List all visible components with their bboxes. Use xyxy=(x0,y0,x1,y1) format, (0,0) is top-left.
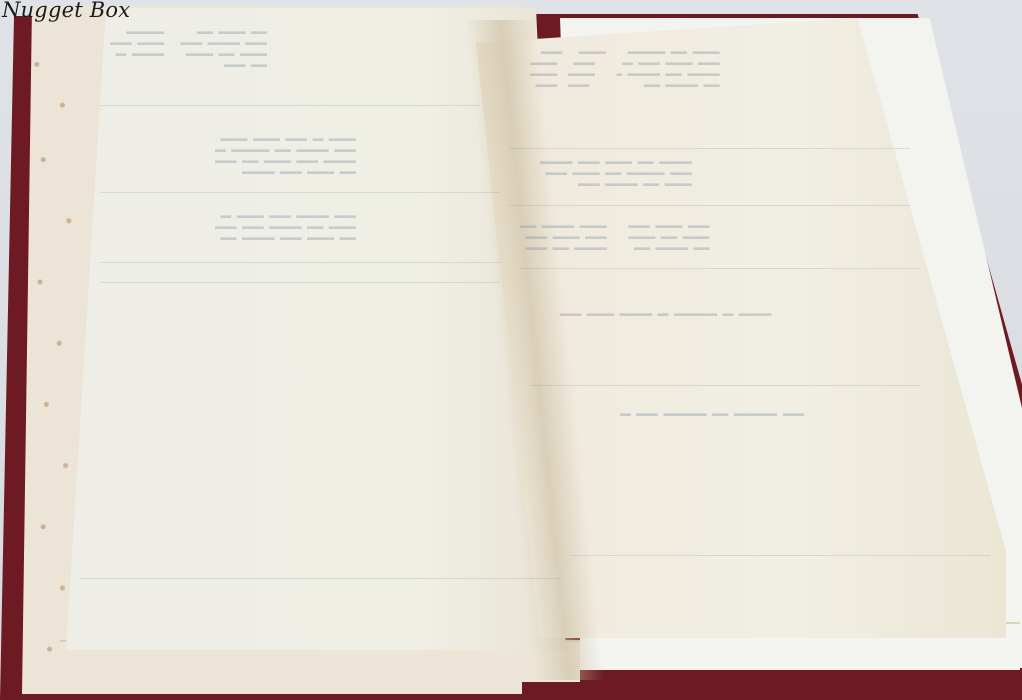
photo-scene: ▬▬▬ ▬▬▬▬▬ ▬▬▬ ▬▬▬▬▬▬▬ ▬▬▬▬ ▬▬▬▬▬▬ ▬▬▬▬ ▬… xyxy=(0,0,1022,700)
bleed-rule xyxy=(530,385,920,386)
bleed-text-block: ▬▬▬▬▬ ▬▬▬ ▬▬▬▬▬▬▬ ▬▬▬▬▬ ▬▬▬▬ ▬▬▬▬ ▬▬▬▬▬ … xyxy=(530,48,720,92)
bleed-text-block: ▬▬▬▬ ▬▬▬▬▬▬▬▬ ▬▬▬ ▬▬▬▬▬▬▬▬ ▬▬▬▬ ▬▬ xyxy=(620,410,804,421)
bleed-rule xyxy=(100,192,500,193)
bleed-text-block: ▬▬▬▬ ▬▬▬▬▬ ▬▬▬▬ ▬▬▬▬▬ ▬▬▬▬▬▬ ▬▬▬ ▬▬▬▬▬ ▬… xyxy=(520,222,710,255)
bleed-text-block: ▬▬▬ ▬▬▬▬▬ ▬▬▬ ▬▬▬▬▬▬▬ ▬▬▬▬ ▬▬▬▬▬▬ ▬▬▬▬ ▬… xyxy=(110,28,267,72)
bleed-rule xyxy=(100,282,500,283)
bleed-text-block: ▬▬▬▬▬▬ ▬▬▬ ▬▬▬▬▬ ▬▬▬▬ ▬▬▬▬▬▬ ▬▬▬▬ ▬▬▬▬▬▬… xyxy=(540,158,692,191)
bleed-text-block: ▬▬▬▬▬ ▬▬ ▬▬▬▬ ▬▬▬▬▬ ▬▬▬▬▬ ▬▬▬▬ ▬▬▬▬▬▬ ▬▬… xyxy=(215,135,356,179)
bleed-text-block: ▬▬▬▬▬▬ ▬▬ ▬▬▬▬▬▬▬▬ ▬▬ ▬▬▬▬▬▬ ▬▬▬▬▬ ▬▬▬▬ xyxy=(560,310,771,321)
bleed-rule xyxy=(510,148,910,149)
page-fold-line xyxy=(570,555,990,556)
bleed-rule xyxy=(100,105,480,106)
watermark: Nugget Box xyxy=(2,0,130,22)
bleed-text-block: ▬▬▬▬ ▬▬▬▬▬▬ ▬▬▬▬ ▬▬▬▬▬ ▬▬ ▬▬▬▬▬ ▬▬▬ ▬▬▬▬… xyxy=(215,212,356,245)
bleed-rule xyxy=(100,262,500,263)
bleed-rule xyxy=(520,268,920,269)
bleed-rule xyxy=(510,205,910,206)
page-fold-line xyxy=(80,578,560,579)
